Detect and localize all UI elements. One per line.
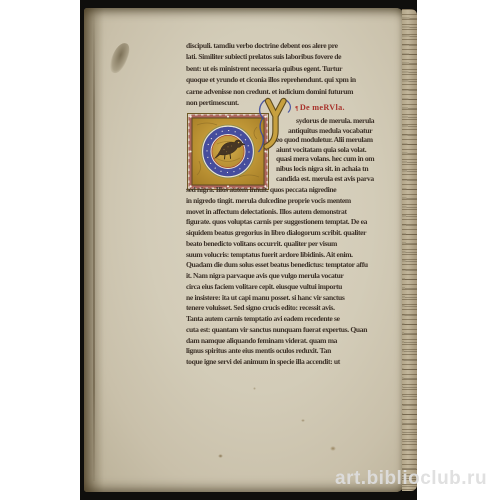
manuscript-line: lati. Similiter subiecti prelatos suis l… bbox=[186, 51, 356, 62]
manuscript-line: beato benedicto volitans occurrit. quali… bbox=[186, 239, 368, 250]
manuscript-line: Tanta autem carnis temptatio avi eadem r… bbox=[186, 314, 368, 325]
page-fore-edge bbox=[402, 9, 417, 491]
manuscript-line: dam namque aliquando feminam viderat. qu… bbox=[186, 336, 368, 347]
manuscript-line: lignus spiritus ante eius mentis oculos … bbox=[186, 346, 368, 357]
manuscript-line: antiquitus medula vocabatur bbox=[276, 126, 374, 136]
rubric-de-merula: ¶De meRVla. bbox=[295, 103, 345, 112]
manuscript-line: quoque et yrundo et ciconia illos repreh… bbox=[186, 74, 356, 85]
manuscript-text-lower: sed nigra. Illos autem innuit. quos pecc… bbox=[186, 185, 368, 368]
manuscript-line: tenere voluisset. Sed signo crucis edito… bbox=[186, 303, 368, 314]
manuscript-line: circa eius faciem volitare cepit. eiusqu… bbox=[186, 282, 368, 293]
manuscript-line: cuta est: quantam vir sanctus nunquam fu… bbox=[186, 325, 368, 336]
manuscript-line: figurate. quos voluptas carnis per sugge… bbox=[186, 217, 368, 228]
manuscript-line: bent: ut eis ministrent necessaria quibu… bbox=[186, 63, 356, 74]
manuscript-line: sed nigra. Illos autem innuit. quos pecc… bbox=[186, 185, 368, 196]
red-paraph-mark: ¶ bbox=[295, 105, 299, 112]
manuscript-line: discipuli. tamdiu verbo doctrine debent … bbox=[186, 40, 356, 51]
manuscript-line: toque igne servi dei animum in specie il… bbox=[186, 357, 368, 368]
screenshot-root: { "manuscript": { "rubric": "De meRVla."… bbox=[0, 0, 500, 500]
manuscript-line: ne insistere: ita ut capi manu posset. s… bbox=[186, 293, 368, 304]
manuscript-line: movet in affectum delectationis. Illos a… bbox=[186, 207, 368, 218]
manuscript-line: nibus locis nigra sit. in achaia tn bbox=[276, 164, 374, 174]
manuscript-line: candida est. merula est avis parva bbox=[276, 174, 374, 184]
manuscript-line: aiunt vocitatam quia sola volat. bbox=[276, 145, 374, 155]
manuscript-line: eo quod moduletur. Alii merulam bbox=[276, 135, 374, 145]
manuscript-line: sydorus de merula. merula bbox=[276, 116, 374, 126]
manuscript-text-beside-initial: sydorus de merula. merulaantiquitus medu… bbox=[276, 116, 374, 183]
manuscript-line: it. Nam nigra parvaque avis que vulgo me… bbox=[186, 271, 368, 282]
manuscript-line: carne advenisse non credunt. et iudicium… bbox=[186, 86, 356, 97]
manuscript-line: suum volucris: temptatus fuerit ardore l… bbox=[186, 250, 368, 261]
manuscript-line: Quadam die dum solus esset beatus benedi… bbox=[186, 260, 368, 271]
manuscript-line: siquidem beatus gregorius in libro dialo… bbox=[186, 228, 368, 239]
manuscript-line: quasi mera volans. hec cum in om bbox=[276, 154, 374, 164]
manuscript-line: in nigredo tingit. merula dulcedine prop… bbox=[186, 196, 368, 207]
gutter-crease bbox=[93, 12, 95, 481]
rubric-text: De meRVla. bbox=[300, 103, 345, 112]
watermark-text: art.biblioclub.ru bbox=[335, 468, 487, 490]
